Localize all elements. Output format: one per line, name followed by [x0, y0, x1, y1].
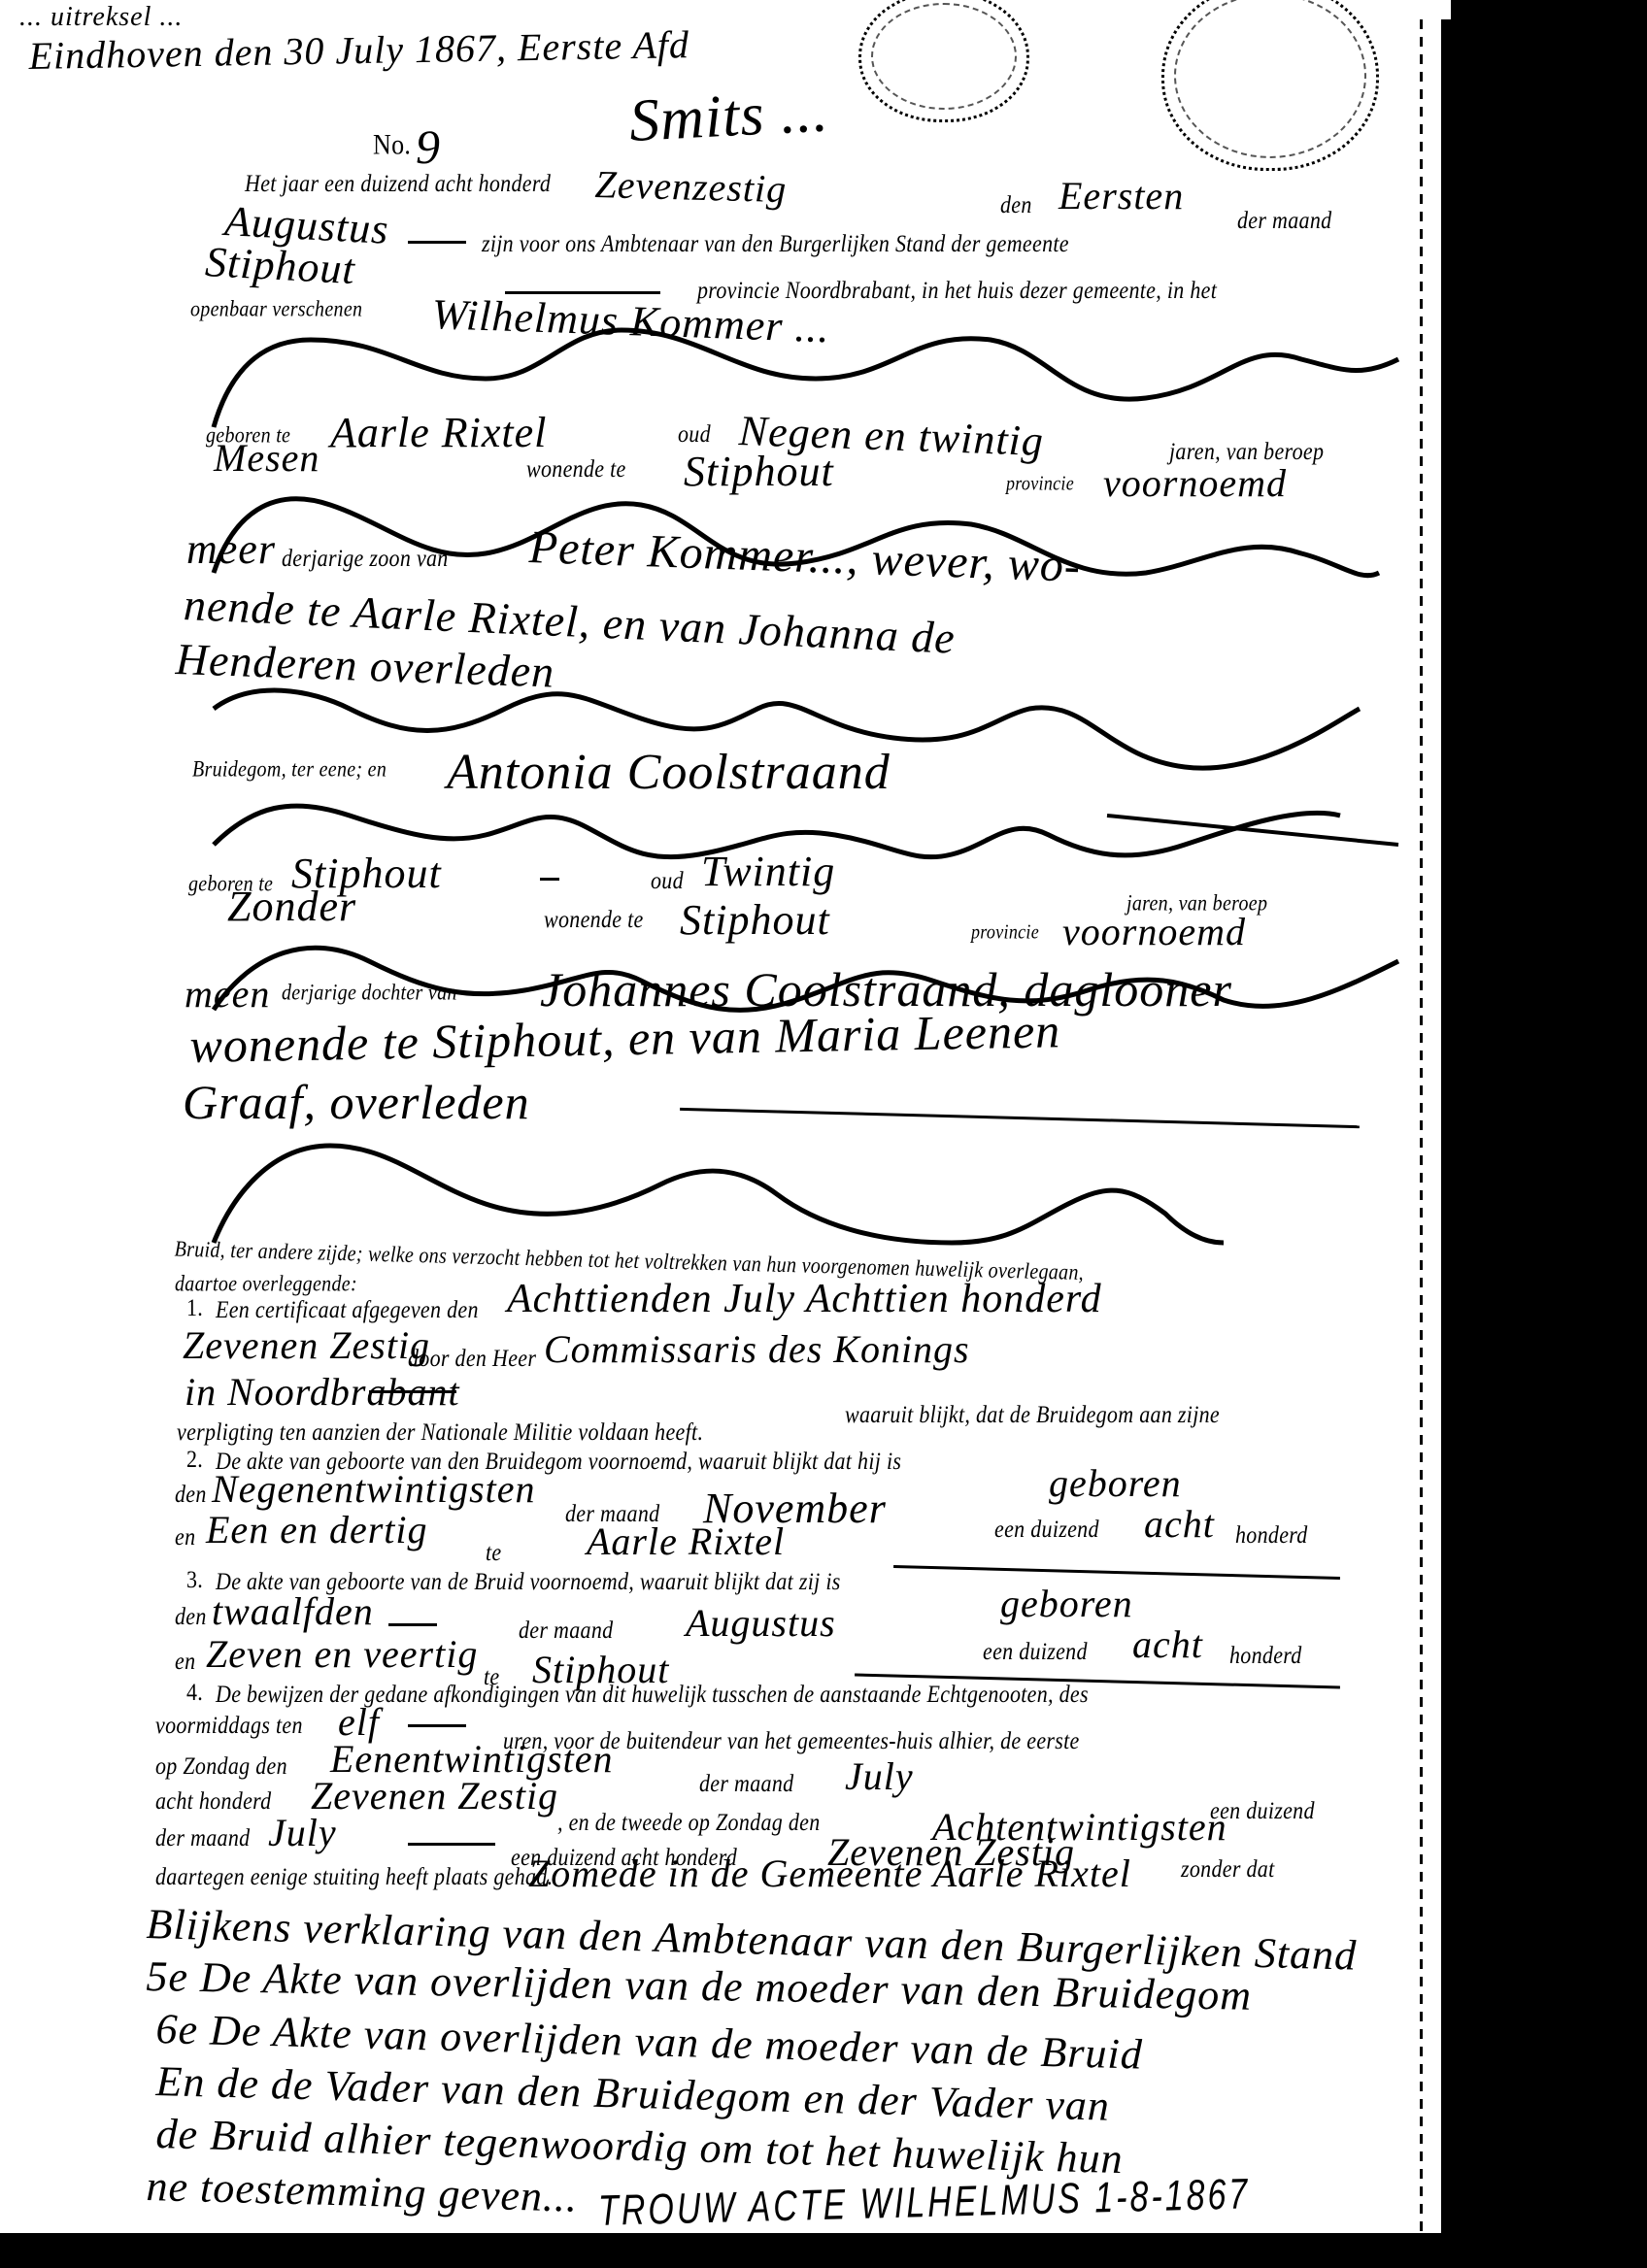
handwritten-certificate-date: Achttienden July Achttien honderd — [507, 1276, 1102, 1322]
fill-line — [408, 1843, 495, 1846]
fill-line — [369, 1390, 456, 1393]
item-number: 1. — [186, 1293, 203, 1322]
printed-text: een duizend — [994, 1515, 1099, 1544]
printed-text: honderd — [1229, 1641, 1302, 1670]
item-number: 2. — [186, 1445, 203, 1474]
footer-annotation: TROUW ACTE WILHELMUS 1-8-1867 — [597, 2170, 1251, 2233]
printed-text: den — [175, 1602, 207, 1631]
top-line-handwritten: ... uitreksel ... — [19, 2, 183, 33]
printed-text: openbaar verschenen — [190, 297, 362, 322]
handwritten-addition-line: ne toestemming geven... — [146, 2161, 579, 2222]
printed-text: waaruit blijkt, dat de Bruidegom aan zij… — [845, 1400, 1220, 1429]
official-seal-stamp-left — [858, 0, 1029, 122]
handwritten-certificate-year: Zevenen Zestig — [183, 1322, 430, 1368]
printed-text: derjarige zoon van — [282, 544, 449, 573]
item-number: 3. — [186, 1565, 203, 1594]
handwritten-groom-birth-place: Aarle Rixtel — [587, 1518, 785, 1564]
handwritten-born: geboren — [1049, 1460, 1182, 1506]
printed-text: te — [486, 1538, 501, 1567]
handwritten-bride-age: Twintig — [701, 847, 835, 896]
item-number: 4. — [186, 1678, 203, 1707]
printed-text: acht honderd — [155, 1786, 272, 1816]
printed-text: een duizend — [983, 1637, 1088, 1666]
printed-text: der maand — [699, 1769, 793, 1798]
printed-text: den — [175, 1480, 207, 1509]
handwritten-second-proclamation-month: July — [268, 1810, 337, 1855]
printed-text: oud — [651, 866, 684, 895]
handwritten-also-municipality: Zomede in de Gemeente Aarle Rixtel — [528, 1851, 1131, 1896]
printed-text: op Zondag den — [155, 1751, 287, 1781]
handwritten-issuer: Commissaris des Konings — [544, 1326, 970, 1372]
handwritten-groom-birthplace: Aarle Rixtel — [330, 408, 547, 457]
handwritten-groom-major: meer — [186, 524, 276, 574]
fill-line — [408, 1724, 466, 1727]
number-value: 9 — [416, 118, 441, 175]
fill-line — [680, 1108, 1360, 1128]
printed-text: honderd — [1235, 1520, 1308, 1550]
handwritten-century: acht — [1144, 1501, 1215, 1547]
printed-text: Het jaar een duizend acht honderd — [245, 169, 551, 198]
handwritten-groom-birth-day: Negenentwintigsten — [212, 1466, 536, 1512]
handwritten-first-proclamation-month: July — [845, 1753, 914, 1799]
handwritten-bride-parents: Graaf, overleden — [183, 1074, 530, 1130]
printed-text: derjarige dochter van — [282, 981, 457, 1006]
document-page: ... uitreksel ... Eindhoven den 30 July … — [0, 0, 1451, 2233]
printed-text: zonder dat — [1181, 1854, 1275, 1884]
fill-line — [893, 1565, 1340, 1580]
printed-text: der maand — [519, 1616, 613, 1645]
handwritten-bride-birth-year: Zeven en veertig — [206, 1631, 478, 1677]
handwritten-bride-birth-day: twaalfden — [212, 1588, 374, 1634]
handwritten-first-proclamation-year: Zevenen Zestig — [311, 1773, 558, 1818]
registrar-signature: Smits ... — [627, 77, 830, 156]
scan-border-right — [1593, 0, 1647, 2268]
printed-text: Een certificaat afgegeven den — [216, 1295, 479, 1324]
handwritten-municipality: Stiphout — [204, 237, 356, 294]
printed-text: der maand — [155, 1823, 250, 1852]
fill-line — [408, 241, 466, 244]
printed-text: zijn voor ons Ambtenaar van den Burgerli… — [482, 229, 1069, 258]
printed-text: Bruidegom, ter eene; en — [192, 757, 387, 783]
handwritten-day: Eersten — [1059, 173, 1184, 218]
printed-text: verpligting ten aanzien der Nationale Mi… — [177, 1417, 703, 1447]
printed-text: , en de tweede op Zondag den — [557, 1808, 821, 1837]
printed-text: den — [1000, 190, 1032, 219]
handwritten-bride-birth-month: Augustus — [686, 1600, 836, 1646]
printed-text: der maand — [1237, 206, 1331, 235]
handwritten-bride-major: meen — [185, 971, 270, 1017]
printed-text: en — [175, 1647, 195, 1676]
handwritten-year: Zevenzestig — [594, 161, 788, 212]
handwritten-born: geboren — [1000, 1581, 1133, 1626]
printed-text: oud — [678, 419, 711, 449]
scan-border-bottom — [0, 2233, 1647, 2268]
handwritten-groom-birth-year: Een en dertig — [206, 1507, 428, 1552]
printed-text: daartegen eenige stuiting heeft plaats g… — [155, 1862, 553, 1891]
fill-line — [540, 878, 559, 881]
official-seal-stamp-right — [1161, 0, 1379, 171]
printed-text: voormiddags ten — [155, 1711, 303, 1740]
handwritten-century: acht — [1132, 1621, 1203, 1667]
number-label: No. — [373, 128, 411, 162]
fill-line — [388, 1623, 437, 1626]
printed-text: en — [175, 1522, 195, 1551]
cancel-wave-line — [194, 1136, 1398, 1243]
